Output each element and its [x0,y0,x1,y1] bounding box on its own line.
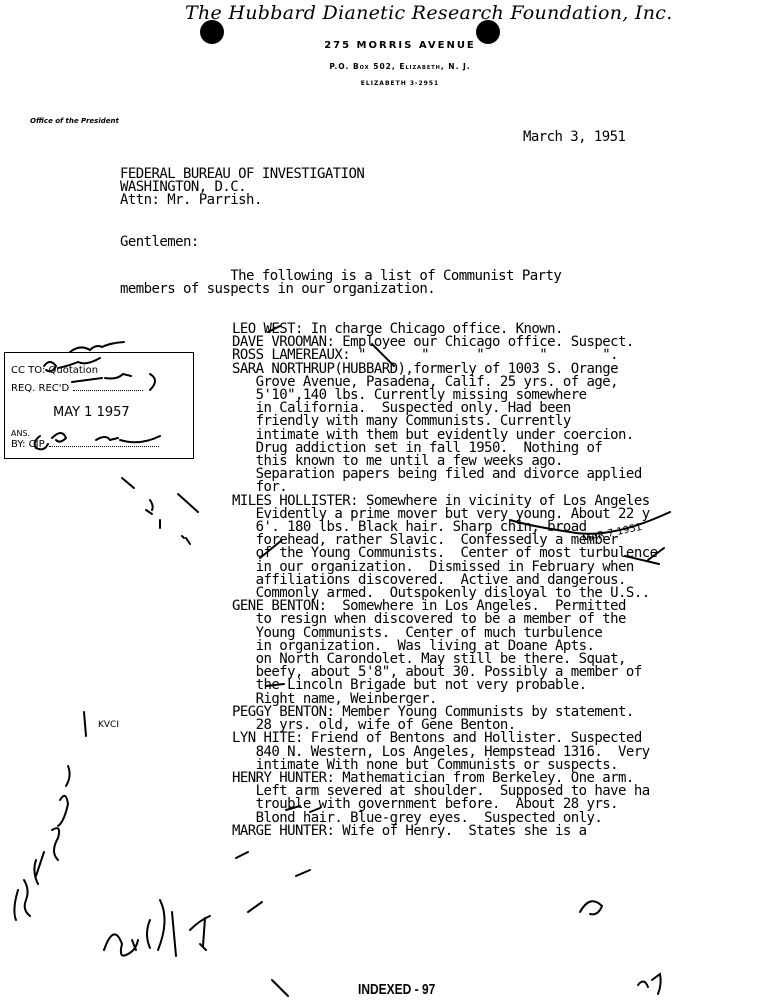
handwriting-marks-icon [0,0,774,1004]
letter-page: The Hubbard Dianetic Research Foundation… [0,0,774,1004]
